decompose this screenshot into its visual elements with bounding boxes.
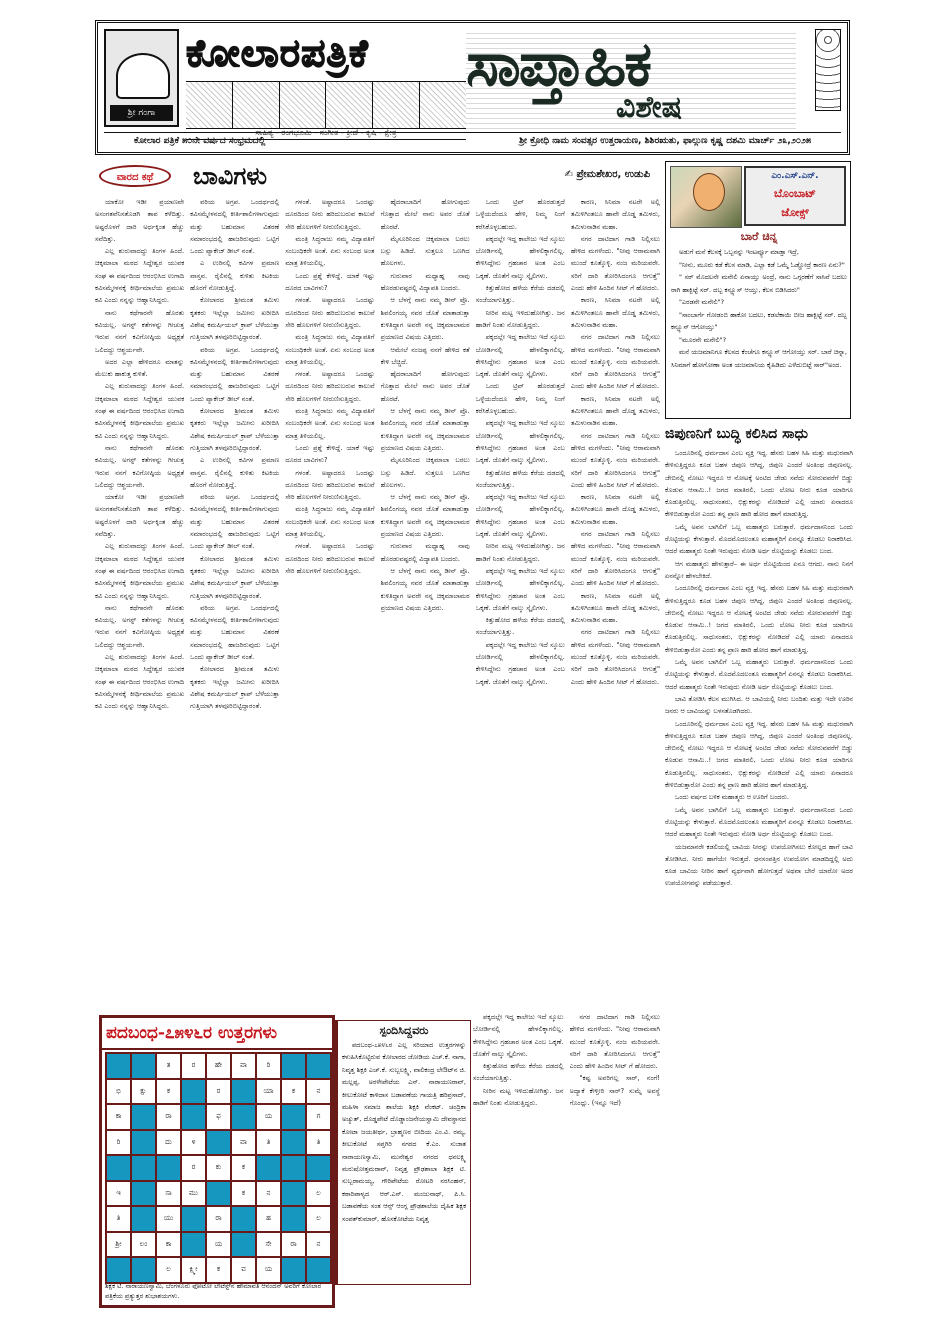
- crossword-letter-cell: ನ: [256, 1181, 281, 1207]
- paragraph: ಅಡುಗೆ ಮನೆ ಕೆಲಸಕ್ಕೆ ಒಬ್ಬನನ್ನು ಇಂಟರ್ವ್ಯೂ ಮ…: [671, 246, 847, 259]
- crossword-title: ಪದಬಂಧ-೭೫೪೬ರ ಉತ್ತರಗಳು: [102, 1018, 332, 1050]
- respondents-list: ಪದಬಂಧ-೭೫೪೬ರ ಎಲ್ಲ ಸರಿಯಾದ ಉತ್ತರಗಳನ್ನು ಕಳುಹ…: [342, 1039, 466, 1225]
- crossword-block-cell: [131, 1053, 156, 1079]
- crossword-block-cell: [131, 1104, 156, 1130]
- paragraph: ಮೈಸೂರಿನಿಂದ ಚಿಕ್ಕಮಾಲಾ ಬರಲು ಬಸ್ಸು ಹಿಡಿದೆ. …: [381, 454, 470, 491]
- paragraph: ವಠಿಯ ಅಗ್ರಪ. ಒಂದರ್ಥದಲ್ಲಿ ಕವಿಸಮ್ಮೇಳನದಲ್ಲಿ …: [190, 602, 279, 663]
- crossword-block-cell: [131, 1206, 156, 1232]
- paragraph: ಬಾವಿ ತೋಡಿಸಿ ಕೆಲಸ ಮುಗಿಸಿದ. ಆ ಬಾವಿಯಲ್ಲಿ ನೀ…: [665, 693, 853, 718]
- paragraph: ಮಂತ್ರಿ ಸಿದ್ಧರಾಜು ನಮ್ಮ ವಿದ್ಯಾಪತಿಗೆ ಸಂಬಂಧಿ…: [285, 405, 374, 442]
- paragraph: ಕಿತ್ತುಹೋದ ಹಳೆಯ ಕೆರೆಯ ದಡದಲ್ಲಿ ಸಂಜೆಯಾಗುತ್ತ…: [476, 614, 565, 639]
- paragraph: ಪಕ್ಕದಲ್ಲೇ ಇದ್ದ ಕಾಲೇಜು ಇದೆ ಸ್ಕೂಲು ಬೋರ್ಡಿನ…: [476, 417, 565, 466]
- theatre-masks-illustration: [233, 82, 280, 128]
- paragraph: ಆ ಬೆಳಗ್ಗೆ ನಾನು ನಮ್ಮ ಡೀನ್ ಪ್ರೊ. ಶಿವಲಿಂಗಯ್…: [381, 491, 470, 540]
- paragraph: ಒಂದು ಪ್ರಶ್ನೆ ಕೇಳಿದ್ದೆ. ಯಾಕೆ ಇಷ್ಟು ದೂರದ ಬ…: [285, 270, 374, 295]
- crossword-block-cell: [256, 1155, 281, 1181]
- paragraph: ಅದರ ಎಲ್ಲಾ ಹೇಳಿದರೂ ಮಾತನ್ನು ಮೆಲುಕು ಹಾಕುತ್ತ…: [95, 356, 184, 381]
- crossword-block-cell: [231, 1104, 256, 1130]
- paragraph: ಆಗ ಮಹಾತ್ಮರು ಹೇಳುತ್ತಾರೆ– ಈ ಅರ್ಧ ರೊಟ್ಟಿಯಿಂ…: [665, 558, 853, 583]
- paragraph: ಪಕ್ಕದಲ್ಲೇ ಇದ್ದ ಕಾಲೇಜು ಇದೆ ಸ್ಕೂಲು ಬೋರ್ಡಿನ…: [476, 233, 565, 282]
- paragraph: ಕಾರಣ, ಸಿನಿಮಾ ನಟರೇ ಅಲ್ಲಿ ತಮಿಳಿಗಿಂತಲೂ ಹಾವೇ…: [571, 393, 660, 430]
- sports-racket-illustration: [326, 82, 373, 128]
- paragraph: ಒಮ್ಮೆ ಅವನ ಬಾಗಿಲಿಗೆ ಒಬ್ಬ ಮಹಾತ್ಮರು ಬರುತ್ತಾ…: [665, 656, 853, 693]
- paragraph: ಕಾರಣ, ಸಿನಿಮಾ ನಟರೇ ಅಲ್ಲಿ ತಮಿಳಿಗಿಂತಲೂ ಹಾವೇ…: [571, 590, 660, 627]
- face-icon: [693, 173, 725, 211]
- supplement-title: ಸಾಪ್ತಾಹಿಕ ವಿಶೇಷ: [466, 29, 796, 133]
- crossword-block-cell: [281, 1257, 306, 1283]
- crossword-letter-cell: ಲ: [156, 1257, 181, 1283]
- paragraph: ಒಂದು ಪ್ರಶ್ನೆ ಕೇಳಿದ್ದೆ. ಯಾಕೆ ಇಷ್ಟು ದೂರದ ಬ…: [285, 442, 374, 467]
- crossword-block-cell: [106, 1155, 131, 1181]
- crossword-block-cell: [231, 1079, 256, 1105]
- paragraph: ಪಕ್ಕದಲ್ಲೇ ಇದ್ದ ಕಾಲೇಜು ಇದೆ ಸ್ಕೂಲು ಬೋರ್ಡಿನ…: [476, 491, 565, 540]
- jokes-title-line2: ಜೋಕ್ಸ್: [746, 203, 844, 222]
- paragraph: ನೀರಿನ ಮಟ್ಟ ಇಳಿದುಹೋಗಿತ್ತು. ಜನ ಹಾಡಿಗೆ ನಿಂತ…: [473, 1085, 564, 1110]
- paragraph: ಮಂತ್ರಿ ಸಿದ್ಧರಾಜು ನಮ್ಮ ವಿದ್ಯಾಪತಿಗೆ ಸಂಬಂಧಿ…: [285, 233, 374, 270]
- crossword-block-cell: [281, 1053, 306, 1079]
- crossword-letter-cell: ಲ: [306, 1206, 331, 1232]
- story-title: ಬಾವಿಗಳು: [193, 161, 267, 191]
- crossword-block-cell: [131, 1130, 156, 1156]
- crossword-letter-cell: ರಿ: [106, 1130, 131, 1156]
- crossword-block-cell: [281, 1181, 306, 1207]
- crossword-letter-cell: ತಿ: [256, 1130, 281, 1156]
- paragraph: ನೀರಿನ ಮಟ್ಟ ಇಳಿದುಹೋಗಿತ್ತು. ಜನ ಹಾಡಿಗೆ ನಿಂತ…: [476, 540, 565, 565]
- story-column-6-lower: ನಗರ ದಾಟಿದಾಗ ಗಾಡಿ ನಿಲ್ಲಿಸಲು ಹೇಳಿದ ಮಗಳೆಂದು…: [570, 1011, 661, 1281]
- crossword-letter-cell: ಕು: [206, 1155, 231, 1181]
- paragraph: ಎಲ್ಲ ಶುರುವಾದದ್ದು ತಿಂಗಳ ಹಿಂದೆ. ಚಿಕ್ಕಮಾಲಾ …: [95, 380, 184, 441]
- crossword-answers-box: ಪದಬಂಧ-೭೫೪೬ರ ಉತ್ತರಗಳು ತರಹೇವಾರಿಭಿಕ್ಷುಕರಯಾಕ…: [99, 1015, 335, 1308]
- crossword-letter-cell: ಯ: [206, 1232, 231, 1258]
- paragraph: ನಾನು ಕಥೆಗಾರನೇ ಹೊರತು ಕವಿಯಲ್ಲ. ಅಗಸ್ಟ್ ಕತೆಗ…: [95, 442, 184, 491]
- joke-heading: ಬಾರೆ ಚಿನ್ನ: [666, 230, 852, 244]
- crossword-letter-cell: ರಾ: [281, 1232, 306, 1258]
- crossword-grid: ತರಹೇವಾರಿಭಿಕ್ಷುಕರಯಾಕನಕಾರಾಫಯಗರಿದುಳಿವಾತಿತಿರ…: [105, 1052, 332, 1284]
- paragraph: ನಗರ ದಾಟಿದಾಗ ಗಾಡಿ ನಿಲ್ಲಿಸಲು ಹೇಳಿದ ಮಗಳೆಂದು…: [570, 1011, 661, 1072]
- paragraph: ಯಾಕೋ ಇಡೀ ಪ್ರಯಾಣವೇ ಅಸಂಗತವೆನಿಸತೊಡಗಿ ತಾಪ ಕಳ…: [95, 196, 184, 245]
- crossword-block-cell: [206, 1181, 231, 1207]
- crossword-letter-cell: ಯು: [156, 1206, 181, 1232]
- paragraph: ಎಲ್ಲ ಶುರುವಾದದ್ದು ತಿಂಗಳ ಹಿಂದೆ. ಚಿಕ್ಕಮಾಲಾ …: [95, 651, 184, 712]
- paragraph: ಆ ಬೆಳಗ್ಗೆ ನಾನು ನಮ್ಮ ಡೀನ್ ಪ್ರೊ. ಶಿವಲಿಂಗಯ್…: [381, 565, 470, 614]
- paragraph: ಒಮ್ಮೆ ಅವನ ಬಾಗಿಲಿಗೆ ಒಬ್ಬ ಮಹಾತ್ಮರು ಬರುತ್ತಾ…: [665, 521, 853, 558]
- paragraph: ವಠಿಯ ಅಗ್ರಪ. ಒಂದರ್ಥದಲ್ಲಿ ಕವಿಸಮ್ಮೇಳನದಲ್ಲಿ …: [190, 491, 279, 552]
- crossword-letter-cell: ತ: [156, 1053, 181, 1079]
- crossword-letter-cell: ಶ್ರೀ: [106, 1232, 131, 1258]
- crossword-letter-cell: ಕ್ಷು: [131, 1079, 156, 1105]
- paragraph: ಎ ಉರಿನಲ್ಲಿ ಕವಿಗಳ ಪ್ರಮಾಣ ವಾಸ್ತವ. ರೈಲಿನಲ್ಲ…: [190, 454, 279, 491]
- crossword-letter-cell: ನ: [306, 1079, 331, 1105]
- paragraph: ಒಮ್ಮೆ ಅವನ ಬಾಗಿಲಿಗೆ ಒಬ್ಬ ಮಹಾತ್ಮರು ಬರುತ್ತಾ…: [665, 804, 853, 841]
- crossword-letter-cell: ಭಿ: [106, 1079, 131, 1105]
- crossword-block-cell: [131, 1257, 156, 1283]
- byline: ✍ ಪ್ರೇಮಶೇಖರ, ಉಡುಪಿ: [565, 169, 650, 180]
- paragraph: ಯಜಮಾನರೇ ಕಡಲಿಯಲ್ಲಿ ಬಾವಿಯ ನೀರನ್ನು ಉಪಯೋಗಿಸಲ…: [665, 841, 853, 890]
- crossword-letter-cell: ರ: [181, 1053, 206, 1079]
- paragraph: ನಗರ ದಾಟಿದಾಗ ಗಾಡಿ ನಿಲ್ಲಿಸಲು ಹೇಳಿದ ಮಗಳೆಂದು…: [571, 430, 660, 491]
- paragraph: ಗಳಂತೆ. ಅಷ್ಟಾದರೂ ಒಂದಷ್ಟು ದೂರದಿಂದ ನೀರು ಹರಿ…: [285, 294, 374, 331]
- crossword-letter-cell: ಯ: [256, 1257, 281, 1283]
- crossword-block-cell: [306, 1257, 331, 1283]
- story-column-5: ಒಂದು ಟ್ರಿಪ್ ಹೊರಡುತ್ತದೆ ಒಳ್ಳೆಯದೆಂದೂ ಹೇಳಿ,…: [476, 196, 565, 1011]
- paragraph: ನಗರ ದಾಟಿದಾಗ ಗಾಡಿ ನಿಲ್ಲಿಸಲು ಹೇಳಿದ ಮಗಳೆಂದು…: [571, 528, 660, 589]
- paragraph: ಒಂದು ವರ್ಷದ ಬಳಿಕ ಮಹಾತ್ಮರು ಆ ಊರಿಗೆ ಬಂದರು.: [665, 791, 853, 803]
- paragraph: ಗುರುವಾರ ಮಧ್ಯಾಹ್ನ ನಾವು ಹೊರಡುವಷ್ಟರಲ್ಲಿ ವಿದ…: [381, 540, 470, 565]
- elephant-logo: ಶ್ರೀ ಗಂಗಾ: [104, 29, 179, 127]
- book-illustration: [186, 82, 233, 128]
- crossword-block-cell: [281, 1206, 306, 1232]
- paragraph: "ನೀನು, ಮೂರು ಕಡೆ ಕೆಲಸ ಮಾಡಿ, ಎಲ್ಲಾ ಕಡೆ ಒಮ್…: [671, 259, 847, 272]
- jokes-title-box: ಎಂ.ಎಸ್.ಎನ್. ಬೊಂಬಾಟ್ ಜೋಕ್ಸ್: [744, 166, 846, 226]
- paragraph: "ಸಾಂಬಾರ್ಗೆ ಗೋಡಂಬಿ ಹಾಕೋ ಬದಲು, ಕಡಲೆಕಾಯಿ ಬೀ…: [671, 309, 847, 334]
- crossword-letter-cell: ಕಾ: [156, 1232, 181, 1258]
- respondents-box: ಸ್ಪಂದಿಸಿದ್ದವರು ಪದಬಂಧ-೭೫೪೬ರ ಎಲ್ಲ ಸರಿಯಾದ ಉ…: [335, 1020, 471, 1285]
- crossword-letter-cell: ಕ: [281, 1079, 306, 1105]
- crossword-letter-cell: ರಿ: [256, 1053, 281, 1079]
- jokes-box: ಎಂ.ಎಸ್.ಎನ್. ಬೊಂಬಾಟ್ ಜೋಕ್ಸ್ ಬಾರೆ ಚಿನ್ನ ಅಡ…: [665, 161, 851, 419]
- paragraph: ಕೋಲಾರದ ಶ್ರೀಮಂತ ತಮಿಳು ಕೃತಕರು ಇಲ್ಲೆಲ್ಲಾ ಜಮ…: [190, 663, 279, 712]
- anniversary-line: ಕೋಲಾರ ಪತ್ರಿಕೆ ೫೦ನೇ ವರ್ಷದ ಸಂಭ್ರಮದಲ್ಲಿ: [134, 136, 265, 146]
- crossword-letter-cell: ಕ: [206, 1257, 231, 1283]
- masthead-info-bar: ಕೋಲಾರ ಪತ್ರಿಕೆ ೫೦ನೇ ವರ್ಷದ ಸಂಭ್ರಮದಲ್ಲಿ ಶ್ರ…: [104, 132, 841, 148]
- joke-text: ಅಡುಗೆ ಮನೆ ಕೆಲಸಕ್ಕೆ ಒಬ್ಬನನ್ನು ಇಂಟರ್ವ್ಯೂ ಮ…: [671, 246, 847, 371]
- crossword-letter-cell: ಲಂ: [131, 1232, 156, 1258]
- respondents-title: ಸ್ಪಂದಿಸಿದ್ದವರು: [342, 1023, 466, 1039]
- crossword-block-cell: [106, 1053, 131, 1079]
- crossword-credit: ಶಿಕ್ಷಕ ಟಿ. ನಾರಾಯಣಸ್ವಾಮಿ, ಬೆಂಗಳೂರು ಫೋಟೋ ಲ…: [105, 1281, 329, 1301]
- paragraph: ಗುರುವಾರ ಮಧ್ಯಾಹ್ನ ನಾವು ಹೊರಡುವಷ್ಟರಲ್ಲಿ ವಿದ…: [381, 270, 470, 295]
- crossword-letter-cell: ಕಾ: [106, 1104, 131, 1130]
- crossword-block-cell: [231, 1206, 256, 1232]
- crossword-letter-cell: ಲ: [306, 1181, 331, 1207]
- crossword-letter-cell: ವಾ: [231, 1130, 256, 1156]
- paragraph: "ಎರಡನೇ ಮನೇಲಿ"?: [671, 296, 847, 309]
- crossword-block-cell: [306, 1053, 331, 1079]
- crossword-letter-cell: ತಿ: [306, 1130, 331, 1156]
- newspaper-page: ಶ್ರೀ ಗಂಗಾ ಕೋಲಾರಪತ್ರಿಕೆ ಸಾಹಿತ್ಯ - ರಂಗಭೂಮಿ…: [95, 20, 855, 1320]
- paragraph: "ಮೂರನೇ ಮನೇಲಿ"?: [671, 334, 847, 347]
- paragraph: ಎಲ್ಲ ಶುರುವಾದದ್ದು ತಿಂಗಳ ಹಿಂದೆ. ಚಿಕ್ಕಮಾಲಾ …: [95, 245, 184, 306]
- section-badge: ವಾರದ ಕಥೆ: [99, 165, 171, 187]
- story-column-1: ಯಾಕೋ ಇಡೀ ಪ್ರಯಾಣವೇ ಅಸಂಗತವೆನಿಸತೊಡಗಿ ತಾಪ ಕಳ…: [95, 196, 184, 1011]
- paragraph: ಪಕ್ಕದಲ್ಲೇ ಇದ್ದ ಕಾಲೇಜು ಇದೆ ಸ್ಕೂಲು ಬೋರ್ಡಿನ…: [476, 565, 565, 614]
- crossword-block-cell: [281, 1104, 306, 1130]
- crossword-block-cell: [131, 1181, 156, 1207]
- paragraph: ನಗರ ದಾಟಿದಾಗ ಗಾಡಿ ನಿಲ್ಲಿಸಲು ಹೇಳಿದ ಮಗಳೆಂದು…: [571, 331, 660, 392]
- paragraph: ಒಂದೂರಿನಲ್ಲಿ ಧರ್ಮದಾಸ ಎಂಬ ವ್ಯಕ್ತಿ ಇದ್ದ. ಹೆ…: [665, 447, 853, 521]
- crossword-block-cell: [281, 1155, 306, 1181]
- paragraph: ಗಳಂತೆ. ಅಷ್ಟಾದರೂ ಒಂದಷ್ಟು ದೂರದಿಂದ ನೀರು ಹರಿ…: [285, 467, 374, 504]
- paragraph: ಆ ಬೆಳಗ್ಗೆ ನಾನು ನಮ್ಮ ಡೀನ್ ಪ್ರೊ. ಶಿವಲಿಂಗಯ್…: [381, 294, 470, 343]
- paragraph: ಎಲ್ಲ ಶುರುವಾದದ್ದು ತಿಂಗಳ ಹಿಂದೆ. ಚಿಕ್ಕಮಾಲಾ …: [95, 540, 184, 601]
- paragraph: ಪಕ್ಕದಲ್ಲೇ ಇದ್ದ ಕಾಲೇಜು ಇದೆ ಸ್ಕೂಲು ಬೋರ್ಡಿನ…: [476, 639, 565, 688]
- paragraph: ಆ ಬೆಳಗ್ಗೆ ನಾನು ನಮ್ಮ ಡೀನ್ ಪ್ರೊ. ಶಿವಲಿಂಗಯ್…: [381, 405, 470, 454]
- crossword-block-cell: [181, 1206, 206, 1232]
- story-column-2: ವಠಿಯ ಅಗ್ರಪ. ಒಂದರ್ಥದಲ್ಲಿ ಕವಿಸಮ್ಮೇಳನದಲ್ಲಿ …: [190, 196, 279, 1011]
- jokes-author: ಎಂ.ಎಸ್.ಎನ್.: [746, 168, 844, 184]
- paragraph: ಮನೆ ಯಜಮಾನಿಗೂ ಕೆಲಸದ ಕೆಂಚೆಗೂ ಕನ್ಫ್ಯೂಸ್ ಆಗೋ…: [671, 346, 847, 371]
- elephant-icon: [116, 53, 170, 99]
- paragraph: ನಾನು ಕಥೆಗಾರನೇ ಹೊರತು ಕವಿಯಲ್ಲ. ಅಗಸ್ಟ್ ಕತೆಗ…: [95, 307, 184, 356]
- crossword-letter-cell: ಯಾ: [256, 1079, 281, 1105]
- story-column-3: ಗಳಂತೆ. ಅಷ್ಟಾದರೂ ಒಂದಷ್ಟು ದೂರದಿಂದ ನೀರು ಹರಿ…: [285, 196, 374, 1011]
- paragraph: ಕಾರಣ, ಸಿನಿಮಾ ನಟರೇ ಅಲ್ಲಿ ತಮಿಳಿಗಿಂತಲೂ ಹಾವೇ…: [571, 294, 660, 331]
- story-continuation: ಪಕ್ಕದಲ್ಲೇ ಇದ್ದ ಕಾಲೇಜು ಇದೆ ಸ್ಕೂಲು ಬೋರ್ಡಿನ…: [473, 1011, 660, 1281]
- crossword-letter-cell: ಹೇ: [206, 1053, 231, 1079]
- paragraph: ಹೈದರಾಬಾದಿಗೆ ಹೋಗುವುದು ಗೊತ್ತಾದ ಮೇಲೆ ನಾನು ಅ…: [381, 368, 470, 405]
- industry-illustration: [420, 82, 466, 128]
- crossword-letter-cell: ರಾ: [206, 1206, 231, 1232]
- paragraph: ವಠಿಯ ಅಗ್ರಪ. ಒಂದರ್ಥದಲ್ಲಿ ಕವಿಸಮ್ಮೇಳನದಲ್ಲಿ …: [190, 344, 279, 405]
- paragraph: ಪಕ್ಕದಲ್ಲೇ ಇದ್ದ ಕಾಲೇಜು ಇದೆ ಸ್ಕೂಲು ಬೋರ್ಡಿನ…: [473, 1011, 564, 1060]
- story-column-6: ಕಾರಣ, ಸಿನಿಮಾ ನಟರೇ ಅಲ್ಲಿ ತಮಿಳಿಗಿಂತಲೂ ಹಾವೇ…: [571, 196, 660, 1011]
- paragraph: ಕಿತ್ತುಹೋದ ಹಳೆಯ ಕೆರೆಯ ದಡದಲ್ಲಿ ಸಂಜೆಯಾಗುತ್ತ…: [476, 467, 565, 492]
- crossword-letter-cell: ತಿ: [106, 1206, 131, 1232]
- crossword-letter-cell: ನ: [306, 1232, 331, 1258]
- paragraph: ವಠಿಯ ಅಗ್ರಪ. ಒಂದರ್ಥದಲ್ಲಿ ಕವಿಸಮ್ಮೇಳನದಲ್ಲಿ …: [190, 196, 279, 257]
- story-ending: "ಕಷ್ಟ ಅವರಿಗಲ್ಲ ಸಾರ್, ನಂಗೆ! ಅದ್ಯಾಕೆ ಕೇಳ್ತ…: [570, 1072, 661, 1109]
- crossword-block-cell: [231, 1232, 256, 1258]
- crossword-letter-cell: ಕ: [156, 1079, 181, 1105]
- agriculture-illustration: [373, 82, 420, 128]
- paragraph: ನಾನು ಕಥೆಗಾರನೇ ಹೊರತು ಕವಿಯಲ್ಲ. ಅಗಸ್ಟ್ ಕತೆಗ…: [95, 602, 184, 651]
- paragraph: ಮಂತ್ರಿ ಸಿದ್ಧರಾಜು ನಮ್ಮ ವಿದ್ಯಾಪತಿಗೆ ಸಂಬಂಧಿ…: [285, 503, 374, 540]
- crossword-letter-cell: ವ: [231, 1257, 256, 1283]
- paragraph: ಒಂದು ಟ್ರಿಪ್ ಹೊರಡುತ್ತದೆ ಒಳ್ಳೆಯದೆಂದೂ ಹೇಳಿ,…: [476, 380, 565, 417]
- jokes-title-line1: ಬೊಂಬಾಟ್: [746, 184, 844, 203]
- paragraph: ಕಾರಣ, ಸಿನಿಮಾ ನಟರೇ ಅಲ್ಲಿ ತಮಿಳಿಗಿಂತಲೂ ಹಾವೇ…: [571, 196, 660, 233]
- paragraph: ಗಳಂತೆ. ಅಷ್ಟಾದರೂ ಒಂದಷ್ಟು ದೂರದಿಂದ ನೀರು ಹರಿ…: [285, 196, 374, 233]
- masthead-left: ಶ್ರೀ ಗಂಗಾ ಕೋಲಾರಪತ್ರಿಕೆ ಸಾಹಿತ್ಯ - ರಂಗಭೂಮಿ…: [104, 29, 454, 133]
- crossword-letter-cell: ಯ: [256, 1104, 281, 1130]
- newspaper-name: ಕೋಲಾರಪತ್ರಿಕೆ: [186, 29, 466, 77]
- crossword-letter-cell: ಳಿ: [181, 1130, 206, 1156]
- right-sidebar: ಎಂ.ಎಸ್.ಎನ್. ಬೊಂಬಾಟ್ ಜೋಕ್ಸ್ ಬಾರೆ ಚಿನ್ನ ಅಡ…: [665, 161, 855, 1321]
- story-column-4: ಹೈದರಾಬಾದಿಗೆ ಹೋಗುವುದು ಗೊತ್ತಾದ ಮೇಲೆ ನಾನು ಅ…: [381, 196, 470, 1011]
- paragraph: ಹೈದರಾಬಾದಿಗೆ ಹೋಗುವುದು ಗೊತ್ತಾದ ಮೇಲೆ ನಾನು ಅ…: [381, 196, 470, 233]
- masthead-right: ಸಾಪ್ತಾಹಿಕ ವಿಶೇಷ: [466, 29, 841, 133]
- crossword-block-cell: [156, 1155, 181, 1181]
- crossword-block-cell: [306, 1155, 331, 1181]
- paragraph: ಕಾರಣ, ಸಿನಿಮಾ ನಟರೇ ಅಲ್ಲಿ ತಮಿಳಿಗಿಂತಲೂ ಹಾವೇ…: [571, 491, 660, 528]
- crossword-block-cell: [181, 1104, 206, 1130]
- crossword-block-cell: [281, 1130, 306, 1156]
- article-body: ಒಂದೂರಿನಲ್ಲಿ ಧರ್ಮದಾಸ ಎಂಬ ವ್ಯಕ್ತಿ ಇದ್ದ. ಹೆ…: [665, 447, 853, 1317]
- paragraph: ಒಂದೂರಿನಲ್ಲಿ ಧರ್ಮದಾಸ ಎಂಬ ವ್ಯಕ್ತಿ ಇದ್ದ. ಹೆ…: [665, 718, 853, 792]
- paragraph: ಯಾಕೋ ಇಡೀ ಪ್ರಯಾಣವೇ ಅಸಂಗತವೆನಿಸತೊಡಗಿ ತಾಪ ಕಳ…: [95, 491, 184, 540]
- paragraph: ಮೈಸೂರಿನಿಂದ ಚಿಕ್ಕಮಾಲಾ ಬರಲು ಬಸ್ಸು ಹಿಡಿದೆ. …: [381, 233, 470, 270]
- paragraph: ಕಿತ್ತುಹೋದ ಹಳೆಯ ಕೆರೆಯ ದಡದಲ್ಲಿ ಸಂಜೆಯಾಗುತ್ತ…: [473, 1060, 564, 1085]
- paragraph: " ಸರ್ ಮೊದಲನೇ ಮನೇಲಿ ಏನಾಯ್ತು ಅಂದ್ರೆ, ನಾನು …: [671, 271, 847, 296]
- supplement-subtitle: ವಿಶೇಷ: [616, 91, 682, 125]
- crossword-block-cell: [106, 1257, 131, 1283]
- crossword-letter-cell: ವಾ: [231, 1053, 256, 1079]
- story-header: ವಾರದ ಕಥೆ ಬಾವಿಗಳು ✍ ಪ್ರೇಮಶೇಖರ, ಉಡುಪಿ: [95, 161, 660, 191]
- story-columns: ಯಾಕೋ ಇಡೀ ಪ್ರಯಾಣವೇ ಅಸಂಗತವೆನಿಸತೊಡಗಿ ತಾಪ ಕಳ…: [95, 196, 660, 1011]
- paragraph: ಎ ಉರಿನಲ್ಲಿ ಕವಿಗಳ ಪ್ರಮಾಣ ವಾಸ್ತವ. ರೈಲಿನಲ್ಲ…: [190, 257, 279, 294]
- paragraph: ಕಿತ್ತುಹೋದ ಹಳೆಯ ಕೆರೆಯ ದಡದಲ್ಲಿ ಸಂಜೆಯಾಗುತ್ತ…: [476, 282, 565, 307]
- veena-illustration: [280, 82, 327, 128]
- paragraph: ಗಳಂತೆ. ಅಷ್ಟಾದರೂ ಒಂದಷ್ಟು ದೂರದಿಂದ ನೀರು ಹರಿ…: [285, 368, 374, 405]
- paragraph: ನೀರಿನ ಮಟ್ಟ ಇಳಿದುಹೋಗಿತ್ತು. ಜನ ಹಾಡಿಗೆ ನಿಂತ…: [476, 307, 565, 332]
- crossword-block-cell: [181, 1232, 206, 1258]
- crossword-letter-cell: ಇ: [106, 1181, 131, 1207]
- paragraph: ನಗರ ದಾಟಿದಾಗ ಗಾಡಿ ನಿಲ್ಲಿಸಲು ಹೇಳಿದ ಮಗಳೆಂದು…: [571, 233, 660, 294]
- crossword-letter-cell: ಕ: [231, 1181, 256, 1207]
- crossword-letter-cell: ಫ: [206, 1104, 231, 1130]
- crossword-letter-cell: ಕ: [231, 1155, 256, 1181]
- paragraph: ಗಳಂತೆ. ಅಷ್ಟಾದರೂ ಒಂದಷ್ಟು ದೂರದಿಂದ ನೀರು ಹರಿ…: [285, 540, 374, 577]
- crossword-letter-cell: ಹ: [256, 1206, 281, 1232]
- crossword-letter-cell: ಗ: [306, 1104, 331, 1130]
- paragraph: ಕೋಲಾರದ ಶ್ರೀಮಂತ ತಮಿಳು ಕೃತಕರು ಇಲ್ಲೆಲ್ಲಾ ಜಮ…: [190, 405, 279, 454]
- crossword-letter-cell: ಕ್ಷ್ಮೀ: [181, 1257, 206, 1283]
- paragraph: ಕೋಲಾರದ ಶ್ರೀಮಂತ ತಮಿಳು ಕೃತಕರು ಇಲ್ಲೆಲ್ಲಾ ಜಮ…: [190, 294, 279, 343]
- story-column-5-lower: ಪಕ್ಕದಲ್ಲೇ ಇದ್ದ ಕಾಲೇಜು ಇದೆ ಸ್ಕೂಲು ಬೋರ್ಡಿನ…: [473, 1011, 564, 1281]
- crossword-block-cell: [206, 1130, 231, 1156]
- caricature-image: [670, 166, 742, 228]
- masthead: ಶ್ರೀ ಗಂಗಾ ಕೋಲಾರಪತ್ರಿಕೆ ಸಾಹಿತ್ಯ - ರಂಗಭೂಮಿ…: [95, 20, 850, 155]
- logo-caption: ಶ್ರೀ ಗಂಗಾ: [110, 105, 173, 121]
- paragraph: ಪಕ್ಕದಲ್ಲೇ ಇದ್ದ ಕಾಲೇಜು ಇದೆ ಸ್ಕೂಲು ಬೋರ್ಡಿನ…: [476, 331, 565, 380]
- paragraph: ಕೋಲಾರದ ಶ್ರೀಮಂತ ತಮಿಳು ಕೃತಕರು ಇಲ್ಲೆಲ್ಲಾ ಜಮ…: [190, 553, 279, 602]
- paragraph: ಒಂದು ಟ್ರಿಪ್ ಹೊರಡುತ್ತದೆ ಒಳ್ಳೆಯದೆಂದೂ ಹೇಳಿ,…: [476, 196, 565, 233]
- illustration-strip: [186, 81, 466, 129]
- date-line: ಶ್ರೀ ಕ್ರೋಧಿ ನಾಮ ಸಂವತ್ಸರ ಉತ್ತರಾಯಣ, ಶಿಶಿರಋ…: [519, 136, 811, 146]
- ornamental-border: [815, 29, 841, 111]
- paragraph: ಒಂದೂರಿನಲ್ಲಿ ಧರ್ಮದಾಸ ಎಂಬ ವ್ಯಕ್ತಿ ಇದ್ದ. ಹೆ…: [665, 582, 853, 656]
- paragraph: ಮಂತ್ರಿ ಸಿದ್ಧರಾಜು ನಮ್ಮ ವಿದ್ಯಾಪತಿಗೆ ಸಂಬಂಧಿ…: [285, 331, 374, 368]
- crossword-letter-cell: ರ: [181, 1155, 206, 1181]
- crossword-block-cell: [131, 1155, 156, 1181]
- paragraph: ನಗರ ದಾಟಿದಾಗ ಗಾಡಿ ನಿಲ್ಲಿಸಲು ಹೇಳಿದ ಮಗಳೆಂದು…: [571, 626, 660, 687]
- crossword-letter-cell: ರ: [206, 1079, 231, 1105]
- crossword-letter-cell: ಸೇ: [256, 1232, 281, 1258]
- crossword-letter-cell: ಸಾ: [156, 1181, 181, 1207]
- crossword-letter-cell: ದು: [156, 1130, 181, 1156]
- crossword-block-cell: [181, 1079, 206, 1105]
- paragraph: ಆಮೇಲೆ ನಂಜಪ್ಪ ನನಗೆ ಹೇಳಿದ ಕತೆ ಕೇಳಿ ಬೆಚ್ಚಿದ…: [381, 344, 470, 369]
- crossword-letter-cell: ಮು: [181, 1181, 206, 1207]
- crossword-letter-cell: ರಾ: [156, 1104, 181, 1130]
- article-title: ಜಿಪುಣನಿಗೆ ಬುದ್ಧಿ ಕಲಿಸಿದ ಸಾಧು: [665, 423, 853, 445]
